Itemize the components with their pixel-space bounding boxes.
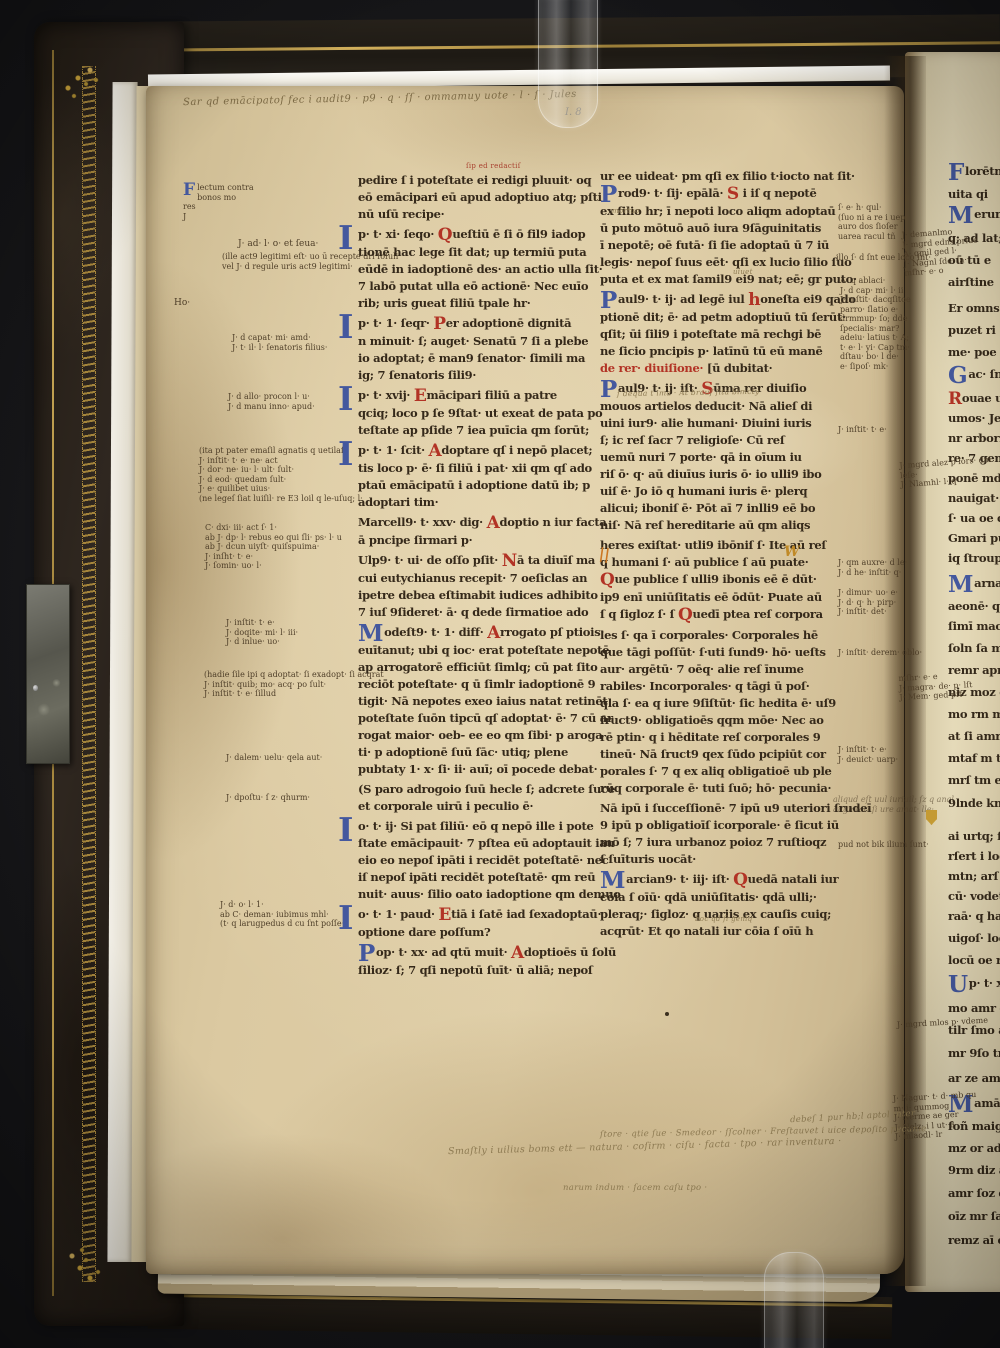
photograph-background: Flectum contrabonos moresJJ· ad· l· o· e… [0,0,1000,1348]
ink-speck [665,1012,669,1016]
conservation-strap-top [538,0,598,128]
binding-gutter-shadow [884,56,926,1286]
metal-clasp [26,584,70,764]
gold-w-insertion-mark: W [784,544,800,560]
gold-tooling-roll-border [82,66,96,1282]
conservation-strap-bottom [764,1252,824,1348]
gold-corner-ornament-icon [60,1240,106,1286]
gold-corner-ornament-icon [60,58,106,104]
manuscript-page-verso [146,86,904,1274]
clasp-pin [33,685,38,691]
